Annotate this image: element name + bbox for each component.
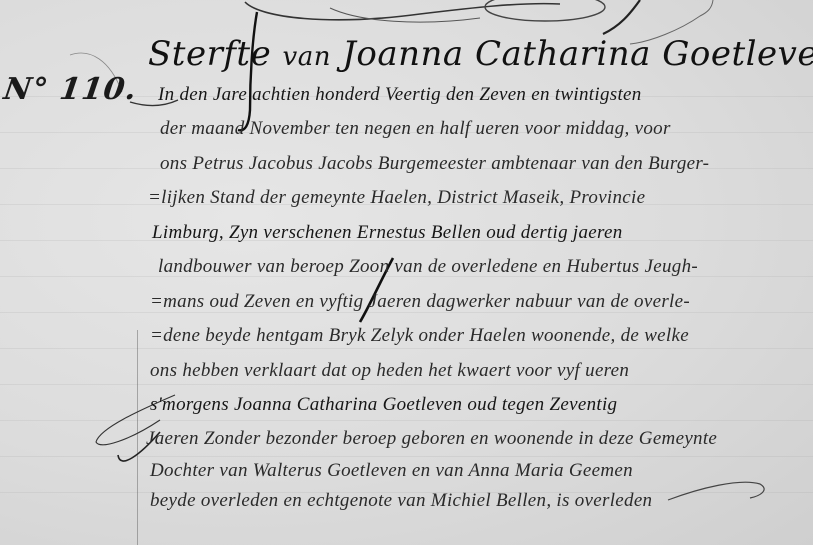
record-line-5: Limburg, Zyn verschenen Ernestus Bellen … xyxy=(152,222,623,244)
margin-line xyxy=(137,330,138,545)
record-line-2: der maand November ten negen en half uer… xyxy=(160,118,671,140)
record-line-11: Jaeren Zonder bezonder beroep geboren en… xyxy=(146,428,717,450)
paper-ruling xyxy=(0,384,813,385)
record-line-12: Dochter van Walterus Goetleven en van An… xyxy=(150,460,633,482)
paper-ruling xyxy=(0,348,813,349)
paper-ruling xyxy=(0,456,813,457)
record-line-7: =mans oud Zeven en vyftig Jaeren dagwerk… xyxy=(150,291,690,313)
paper-ruling xyxy=(0,420,813,421)
record-line-1: In den Jare achtien honderd Veertig den … xyxy=(158,84,642,106)
deceased-name: Joanna Catharina Goetleven xyxy=(342,34,813,74)
record-line-13: beyde overleden en echtgenote van Michie… xyxy=(150,490,652,512)
record-line-3: ons Petrus Jacobus Jacobs Burgemeester a… xyxy=(160,153,709,175)
document-page: N° 110. Sterfte van Joanna Catharina Goe… xyxy=(0,0,813,545)
record-number: N° 110. xyxy=(2,72,140,107)
record-line-10: s'morgens Joanna Catharina Goetleven oud… xyxy=(150,394,617,416)
record-line-9: ons hebben verklaart dat op heden het kw… xyxy=(150,360,629,382)
record-line-6: landbouwer van beroep Zoon van de overle… xyxy=(158,256,698,278)
title-word-sterfte: Sterfte xyxy=(148,34,271,74)
record-line-8: =dene beyde hentgam Bryk Zelyk onder Hae… xyxy=(150,325,689,347)
title-word-van: van xyxy=(283,42,331,72)
record-title: Sterfte van Joanna Catharina Goetleven xyxy=(148,34,813,74)
record-line-4: =lijken Stand der gemeynte Haelen, Distr… xyxy=(148,187,645,209)
